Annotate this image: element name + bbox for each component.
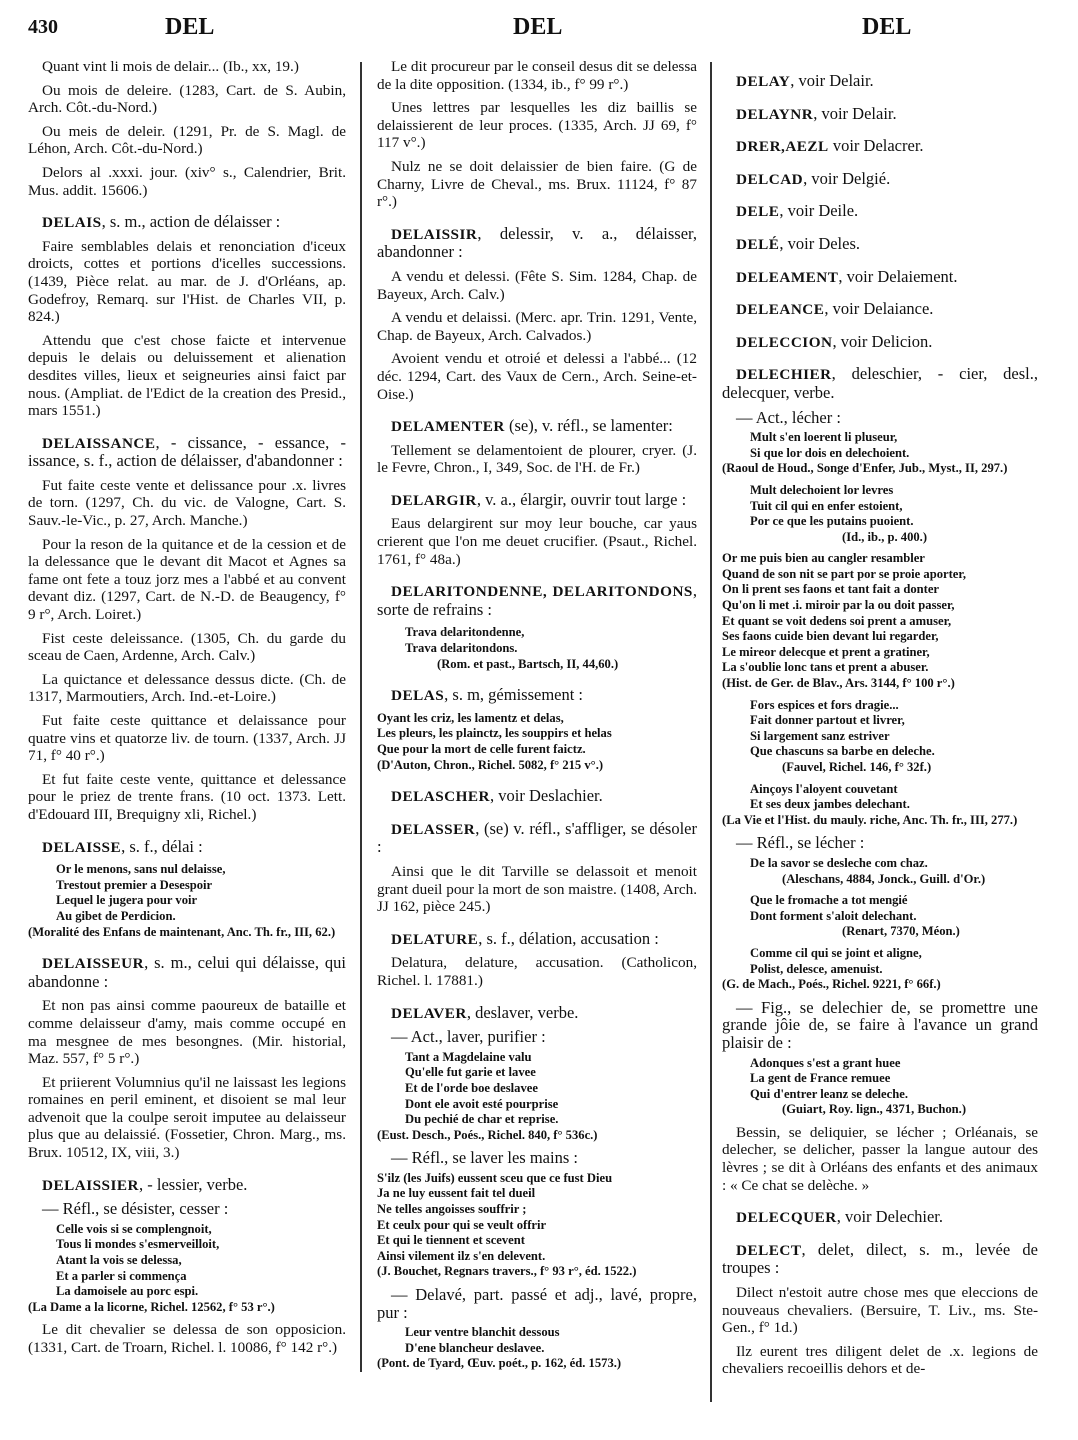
verse-quotation: S'ilz (les Juifs) eussent sceu que ce fu… [377,1171,697,1280]
column-1: Quant vint li mois de delair... (Ib., xx… [28,58,346,1363]
citation-paragraph: Le dit chevalier se delessa de son oppos… [28,1321,346,1356]
entry-definition: , s. m., action de délaisser : [102,212,281,231]
verse-quotation: Trava delaritondenne,Trava delaritondons… [377,625,697,672]
citation-paragraph: Ou meis de deleir. (1291, Pr. de S. Magl… [28,123,346,158]
entry-headword: DELAS [391,687,444,704]
verse-quotation: Oyant les criz, les lamentz et delas,Les… [377,711,697,773]
entry-headword: DELAISSEUR [42,955,144,972]
column-rule-2 [710,62,712,1402]
verse-line: Qu'on li met .i. miroir par la ou doit p… [722,598,1038,614]
entry-definition: , deslaver, verbe. [467,1003,579,1022]
running-head-left: DEL [165,14,214,41]
entry-headword: DRER,AEZL [736,138,829,155]
citation-paragraph: Eaus delargirent sur moy leur bouche, ca… [377,515,697,568]
citation-paragraph: Avoient vendu et otroié et delessi a l'a… [377,350,697,403]
verse-quotation: De la savor se desleche com chaz.(Alesch… [722,856,1038,887]
verse-quotation: Celle vois si se complengnoit,Tous li mo… [28,1222,346,1316]
verse-line: Trava delaritondenne, [377,625,697,641]
verse-line: Fait donner partout et livrer, [722,713,1038,729]
dictionary-entry: DELECCION, voir Delicion. [722,333,1038,352]
running-head-center: DEL [513,14,562,41]
dictionary-entry: DELAY, voir Delair. [722,72,1038,91]
sense-heading: — Réfl., se lécher : [722,834,1038,852]
entry-headword: DELATURE [391,931,478,948]
verse-quotation: Or me puis bien au cangler resamblerQuan… [722,551,1038,691]
dictionary-entry: DELAISSEUR, s. m., celui qui délaisse, q… [28,954,346,991]
citation-paragraph: La quictance et delessance dessus dicte.… [28,671,346,706]
page-number: 430 [28,16,58,39]
entry-headword: DELECT [736,1242,801,1259]
column-rule-1 [360,62,362,1372]
sense-heading: — Réfl., se laver les mains : [377,1149,697,1167]
verse-line: Et a parler si commença [28,1269,346,1285]
verse-line: Ja ne luy eussent fait tel dueil [377,1186,697,1202]
entry-headword: DELARGIR [391,492,477,509]
verse-source: (Pont. de Tyard, Œuv. poét., p. 162, éd.… [377,1356,697,1372]
entry-definition: , v. a., élargir, ouvrir tout large : [477,490,686,509]
verse-source: (Moralité des Enfans de maintenant, Anc.… [28,925,346,941]
verse-quotation: Que le fromache a tot mengiéDont forment… [722,893,1038,940]
verse-line: Trava delaritondons. [377,641,697,657]
verse-source: (Eust. Desch., Poés., Richel. 840, f° 53… [377,1128,697,1144]
sense-heading: — Réfl., se désister, cesser : [28,1200,346,1218]
entry-definition: , s. m, gémissement : [444,685,583,704]
verse-source: (Rom. et past., Bartsch, II, 44,60.) [377,657,697,673]
dictionary-entry: DELAISSANCE, - cissance, - essance, - is… [28,434,346,471]
verse-line: Adonques s'est a grant huee [722,1056,1038,1072]
citation-paragraph: Et priierent Volumnius qu'il ne laissast… [28,1074,346,1162]
verse-line: Qui d'entrer leanz se deleche. [722,1087,1038,1103]
citation-paragraph: Attendu que c'est chose faicte et interv… [28,332,346,420]
dictionary-entry: DELAISSE, s. f., délai : [28,838,346,857]
verse-line: Et de l'orde boe deslavee [377,1081,697,1097]
sense-heading: — Act., lécher : [722,409,1038,427]
entry-headword: DELAISSE [42,839,121,856]
verse-line: Lequel le jugera pour voir [28,893,346,909]
entry-headword: DELECHIER [736,366,832,383]
dictionary-entry: DELE, voir Deile. [722,202,1038,221]
entry-headword: DELAISSANCE [42,435,156,452]
entry-headword: DELASSER [391,821,475,838]
verse-line: Et ceulx pour qui se veult offrir [377,1218,697,1234]
verse-line: Et quant se voit dedens soi prent a amus… [722,614,1038,630]
entry-definition: , voir Delaiement. [838,267,957,286]
entry-headword: DELECQUER [736,1209,837,1226]
entry-definition: , voir Delechier. [837,1207,943,1226]
verse-quotation: Mult delechoient lor levresTuit cil qui … [722,483,1038,545]
verse-source: (D'Auton, Chron., Richel. 5082, f° 215 v… [377,758,697,774]
citation-paragraph: Et fut faite ceste vente, quittance et d… [28,771,346,824]
entry-definition: , - lessier, verbe. [139,1175,247,1194]
dictionary-entry: DELECT, delet, dilect, s. m., levée de t… [722,1241,1038,1278]
citation-paragraph: Tellement se delamentoient de plourer, c… [377,442,697,477]
dictionary-entry: DELAISSIR, delessir, v. a., délaisser, a… [377,225,697,262]
entry-headword: DELASCHER [391,788,490,805]
entry-definition: , voir Delair. [813,104,896,123]
verse-source: (Guiart, Roy. lign., 4371, Buchon.) [722,1102,1038,1118]
verse-source: (Fauvel, Richel. 146, f° 32f.) [722,760,1038,776]
verse-line: Tant a Magdelaine valu [377,1050,697,1066]
verse-line: De la savor se desleche com chaz. [722,856,1038,872]
verse-line: Or le menons, sans nul delaisse, [28,862,346,878]
dictionary-entry: DELASSER, (se) v. réfl., s'affliger, se … [377,820,697,857]
verse-line: Mult s'en loerent li pluseur, [722,430,1038,446]
entry-headword: DELAVER [391,1005,467,1022]
entry-definition: (se), v. réfl., se lamenter: [505,416,673,435]
dictionary-entry: DELAS, s. m, gémissement : [377,686,697,705]
verse-line: On li prent ses faons et tant fait a don… [722,582,1038,598]
verse-source: (J. Bouchet, Regnars travers., f° 93 r°,… [377,1264,697,1280]
column-3: DELAY, voir Delair.DELAYNR, voir Delair.… [722,58,1038,1384]
verse-source: (La Dame a la licorne, Richel. 12562, f°… [28,1300,346,1316]
verse-quotation: Leur ventre blanchit dessousD'ene blanch… [377,1325,697,1372]
citation-paragraph: A vendu et delessi. (Fête S. Sim. 1284, … [377,268,697,303]
verse-quotation: Mult s'en loerent li pluseur,Si que lor … [722,430,1038,477]
verse-line: Por ce que les putains puoient. [722,514,1038,530]
citation-paragraph: Faire semblables delais et renonciation … [28,238,346,326]
entry-headword: DELCAD [736,171,803,188]
verse-source: (Hist. de Ger. de Blav., Ars. 3144, f° 1… [722,676,1038,692]
verse-line: Que le fromache a tot mengié [722,893,1038,909]
entry-headword: DELAISSIR [391,226,477,243]
verse-quotation: Or le menons, sans nul delaisse,Trestout… [28,862,346,940]
entry-headword: DELECCION [736,334,833,351]
dictionary-entry: DELEANCE, voir Delaiance. [722,300,1038,319]
verse-line: Si largement sanz estriver [722,729,1038,745]
verse-line: Qu'elle fut garie et lavee [377,1065,697,1081]
dictionary-entry: DELAYNR, voir Delair. [722,105,1038,124]
dictionary-entry: DELAIS, s. m., action de délaisser : [28,213,346,232]
dictionary-entry: DELEAMENT, voir Delaiement. [722,268,1038,287]
entry-definition: , voir Delair. [790,71,873,90]
entry-headword: DELEAMENT [736,269,838,286]
column-2: Le dit procureur par le conseil desus di… [377,58,697,1378]
dictionary-entry: DELAVER, deslaver, verbe. [377,1004,697,1023]
citation-paragraph: Quant vint li mois de delair... (Ib., xx… [28,58,346,76]
entry-headword: DELAMENTER [391,418,505,435]
entry-definition: , voir Deles. [779,234,860,253]
citation-paragraph: Et non pas ainsi comme paoureux de batai… [28,997,346,1067]
citation-paragraph: Dilect n'estoit autre chose mes que elec… [722,1284,1038,1337]
verse-source: (La Vie et l'Hist. du mauly. riche, Anc.… [722,813,1038,829]
verse-line: Fors espices et fors dragie... [722,698,1038,714]
verse-line: Or me puis bien au cangler resambler [722,551,1038,567]
verse-line: Oyant les criz, les lamentz et delas, [377,711,697,727]
running-head-right: DEL [862,14,911,41]
entry-definition: , voir Deile. [779,201,858,220]
entry-definition: , voir Delaiance. [824,299,933,318]
verse-line: Le mireor delecque et prent a gratiner, [722,645,1038,661]
sense-heading: — Act., laver, purifier : [377,1028,697,1046]
verse-line: Et qui le tiennent et scevent [377,1233,697,1249]
verse-line: La s'oublie lonc tans et prent a abuser. [722,660,1038,676]
verse-line: Du pechié de char et reprise. [377,1112,697,1128]
citation-paragraph: Ainsi que le dit Tarville se delassoit e… [377,863,697,916]
verse-quotation: Adonques s'est a grant hueeLa gent de Fr… [722,1056,1038,1118]
dictionary-entry: DELAISSIER, - lessier, verbe. [28,1176,346,1195]
verse-line: Quand de son nit se part por se proie ap… [722,567,1038,583]
dictionary-entry: DELECHIER, deleschier, - cier, desl., de… [722,365,1038,402]
verse-source: (Aleschans, 4884, Jonck., Guill. d'Or.) [722,872,1038,888]
citation-paragraph: Ou mois de deleire. (1283, Cart. de S. A… [28,82,346,117]
citation-paragraph: Bessin, se deliquier, se lécher ; Orléan… [722,1124,1038,1194]
verse-line: Dont ele avoit esté pourprise [377,1097,697,1113]
entry-definition: , s. f., délai : [121,837,203,856]
verse-line: Atant la vois se delessa, [28,1253,346,1269]
verse-line: Ses faons cuide bien devant lui regarder… [722,629,1038,645]
verse-line: Trestout premier a Desespoir [28,878,346,894]
entry-definition: voir Delacrer. [829,136,924,155]
verse-line: Les pleurs, les plainctz, les souppirs e… [377,726,697,742]
verse-quotation: Ainçoys l'aloyent couvetantEt ses deux j… [722,782,1038,829]
entry-definition: , voir Deslachier. [490,786,603,805]
dictionary-entry: DRER,AEZL voir Delacrer. [722,137,1038,156]
citation-paragraph: Delors al .xxxi. jour. (xiv° s., Calendr… [28,164,346,199]
verse-line: Ainçoys l'aloyent couvetant [722,782,1038,798]
verse-line: Comme cil qui se joint et aligne, [722,946,1038,962]
verse-line: Tous li mondes s'esmerveilloit, [28,1237,346,1253]
verse-source: (Id., ib., p. 400.) [722,530,1038,546]
verse-line: Ainsi vilement ilz s'en delevent. [377,1249,697,1265]
citation-paragraph: A vendu et delaissi. (Merc. apr. Trin. 1… [377,309,697,344]
citation-paragraph: Nulz ne se doit delaissier de bien faire… [377,158,697,211]
entry-headword: DELAYNR [736,106,813,123]
page-header: 430 DEL DEL DEL [0,14,1078,44]
citation-paragraph: Fut faite ceste quittance et delaissance… [28,712,346,765]
verse-line: Au gibet de Perdicion. [28,909,346,925]
verse-line: Mult delechoient lor levres [722,483,1038,499]
verse-line: Leur ventre blanchit dessous [377,1325,697,1341]
verse-line: S'ilz (les Juifs) eussent sceu que ce fu… [377,1171,697,1187]
entry-definition: , s. f., délation, accusation : [478,929,659,948]
citation-paragraph: Ilz eurent tres diligent delet de .x. le… [722,1343,1038,1378]
entry-headword: DELE [736,203,779,220]
sense-heading: — Fig., se delechier de, se promettre un… [722,999,1038,1052]
verse-line: Celle vois si se complengnoit, [28,1222,346,1238]
verse-line: La damoisele au porc espi. [28,1284,346,1300]
entry-headword: DELÉ [736,236,779,253]
verse-source: (Renart, 7370, Méon.) [722,924,1038,940]
verse-source: (G. de Mach., Poés., Richel. 9221, f° 66… [722,977,1038,993]
sense-heading: — Delavé, part. passé et adj., lavé, pro… [377,1286,697,1321]
verse-line: Polist, delesce, amenuist. [722,962,1038,978]
dictionary-entry: DELCAD, voir Delgié. [722,170,1038,189]
dictionary-entry: DELARGIR, v. a., élargir, ouvrir tout la… [377,491,697,510]
verse-line: Si que lor dois en delechoient. [722,446,1038,462]
citation-paragraph: Le dit procureur par le conseil desus di… [377,58,697,93]
dictionary-entry: DELARITONDENNE, DELARITONDONS, sorte de … [377,582,697,619]
dictionary-entry: DELAMENTER (se), v. réfl., se lamenter: [377,417,697,436]
verse-line: Tuit cil qui en enfer estoient, [722,499,1038,515]
verse-line: Et ses deux jambes delechant. [722,797,1038,813]
verse-line: Ne telles angoisses souffrir ; [377,1202,697,1218]
verse-quotation: Tant a Magdelaine valuQu'elle fut garie … [377,1050,697,1144]
entry-headword: DELAISSIER [42,1177,139,1194]
dictionary-entry: DELATURE, s. f., délation, accusation : [377,930,697,949]
verse-source: (Raoul de Houd., Songe d'Enfer, Jub., My… [722,461,1038,477]
citation-paragraph: Pour la reson de la quitance et de la ce… [28,536,346,624]
verse-line: D'ene blancheur deslavee. [377,1341,697,1357]
entry-definition: , voir Delgié. [803,169,890,188]
citation-paragraph: Fist ceste deleissance. (1305, Ch. du ga… [28,630,346,665]
verse-quotation: Comme cil qui se joint et aligne,Polist,… [722,946,1038,993]
entry-headword: DELARITONDENNE, DELARITONDONS [391,583,693,600]
entry-headword: DELEANCE [736,301,824,318]
verse-line: Que pour la mort de celle furent faictz. [377,742,697,758]
verse-line: Dont forment s'aloit delechant. [722,909,1038,925]
verse-line: La gent de France remuee [722,1071,1038,1087]
entry-definition: , voir Delicion. [833,332,933,351]
entry-headword: DELAIS [42,214,102,231]
verse-line: Que chascuns sa barbe en deleche. [722,744,1038,760]
verse-quotation: Fors espices et fors dragie...Fait donne… [722,698,1038,776]
citation-paragraph: Delatura, delature, accusation. (Catholi… [377,954,697,989]
entry-headword: DELAY [736,73,790,90]
dictionary-entry: DELÉ, voir Deles. [722,235,1038,254]
citation-paragraph: Fut faite ceste vente et delissance pour… [28,477,346,530]
citation-paragraph: Unes lettres par lesquelles les diz bail… [377,99,697,152]
dictionary-entry: DELASCHER, voir Deslachier. [377,787,697,806]
dictionary-entry: DELECQUER, voir Delechier. [722,1208,1038,1227]
